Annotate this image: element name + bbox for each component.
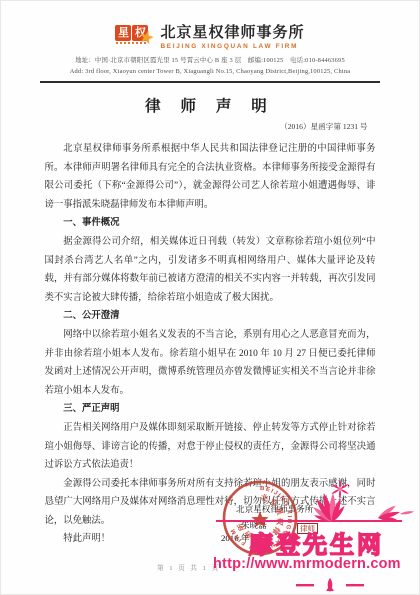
section-3-heading: 三、严正声明: [45, 400, 376, 419]
firm-logo-icon: 星 权 ★: [115, 25, 153, 47]
firm-name-en: BEIJING XINGQUAN LAW FIRM: [160, 43, 304, 50]
section-2-heading: 二、公开澄清: [45, 307, 376, 326]
star-icon: ★: [138, 27, 157, 47]
section-1-heading: 一、事件概况: [45, 214, 376, 233]
letterhead: 星 权 ★ 北京星权律师事务所 BEIJING XINGQUAN LAW FIR…: [0, 0, 420, 83]
page-title: 律 师 声 明: [0, 94, 420, 116]
watermark-site-name: 摩登先生网: [249, 525, 384, 560]
watermark-url: http://www.mrmodern.com: [213, 556, 401, 572]
section-3-paragraph-1: 正告相关网络用户及媒体即刻采取断开链接、停止转发等方式停止针对徐若瑄小姐侮辱、诽…: [45, 419, 376, 475]
watermark-arrow-motif-icon: [296, 576, 366, 594]
document-page: 星 权 ★ 北京星权律师事务所 BEIJING XINGQUAN LAW FIR…: [0, 0, 420, 595]
address-line-cn: 地址：中国·北京市朝阳区霞光里 15 号霄云中心 B 座 3 层 邮编:1001…: [0, 56, 420, 67]
intro-paragraph: 北京星权律师事务所系根据中华人民共和国法律登记注册的中国律师事务所。本律师声明署…: [45, 140, 376, 214]
firm-address: 地址：中国·北京市朝阳区霞光里 15 号霄云中心 B 座 3 层 邮编:1001…: [0, 56, 420, 77]
section-2-paragraph: 网络中以徐若瑄小姐名义发表的不当言论，系别有用心之人恶意冒充而为，并非由徐若瑄小…: [45, 326, 376, 400]
watermark-leaves-icon: [282, 476, 414, 524]
logo-baseline: [116, 42, 148, 44]
section-1-paragraph: 据金源得公司介绍，相关媒体近日刊载（转发）文章称徐若瑄小姐位列“中国封杀台湾艺人…: [45, 233, 376, 307]
page-number: 第 1 页 共 1 页: [157, 562, 220, 572]
letterhead-divider: [40, 81, 380, 83]
address-line-en: Add: 3rd floor, Xiaoyun center Tower B, …: [0, 67, 420, 78]
logo-block-1: 星: [115, 25, 131, 41]
document-number: （2016）星函字第 1231 号: [45, 121, 376, 132]
firm-name-cn: 北京星权律师事务所: [160, 21, 304, 42]
